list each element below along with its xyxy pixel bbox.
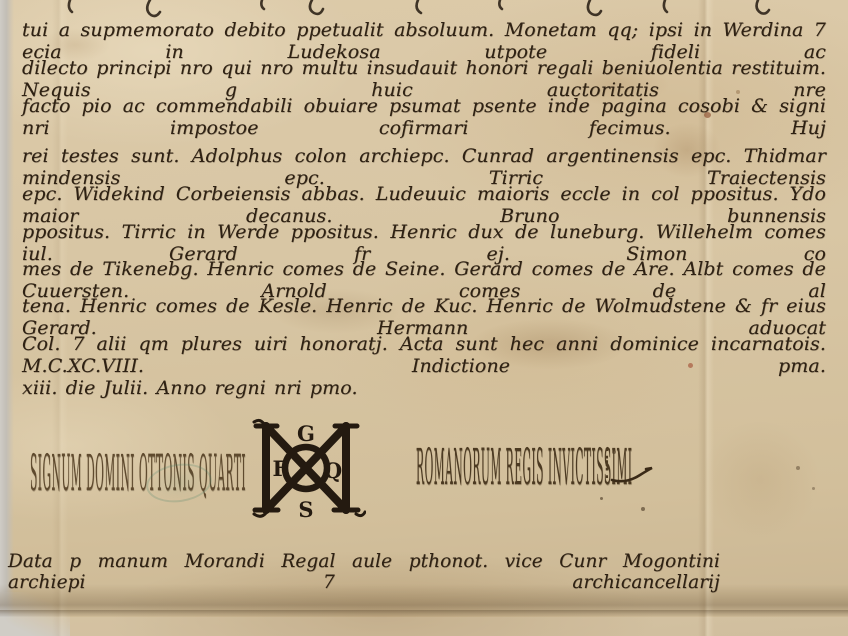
horizontal-fold-line xyxy=(0,610,848,616)
datum-line: Data p manum Morandi Regal aule pthonot.… xyxy=(8,551,720,594)
ink-speck xyxy=(641,507,645,511)
monogram-letter-left: F xyxy=(273,456,288,481)
royal-monogram: G F Q S xyxy=(246,414,366,522)
monogram-letter-bottom: S xyxy=(298,497,313,522)
charter-line: xiii. die Julii. Anno regni nri pmo. xyxy=(22,378,358,400)
charter-photograph: tui a supmemorato debito ppetualit absol… xyxy=(0,0,848,636)
stain xyxy=(700,420,820,540)
horizontal-fold-highlight xyxy=(0,617,848,636)
signum-punctuation-dots: ⋮ ⋮ xyxy=(596,452,608,476)
backing-left-edge xyxy=(0,0,14,636)
ink-speck xyxy=(796,466,800,470)
monogram-letter-top: G xyxy=(297,421,315,446)
pen-flourish xyxy=(610,466,654,486)
monogram-letter-right: Q xyxy=(324,458,342,483)
signum-left-text: SIGNUM DOMINI OTTONIS QUARTI xyxy=(30,452,246,501)
charter-line: facto pio ac commendabili obuiare psumat… xyxy=(22,96,826,140)
charter-line: Col. 7 alii qm plures uiri honoratj. Act… xyxy=(22,334,826,378)
ink-speck xyxy=(812,487,815,490)
